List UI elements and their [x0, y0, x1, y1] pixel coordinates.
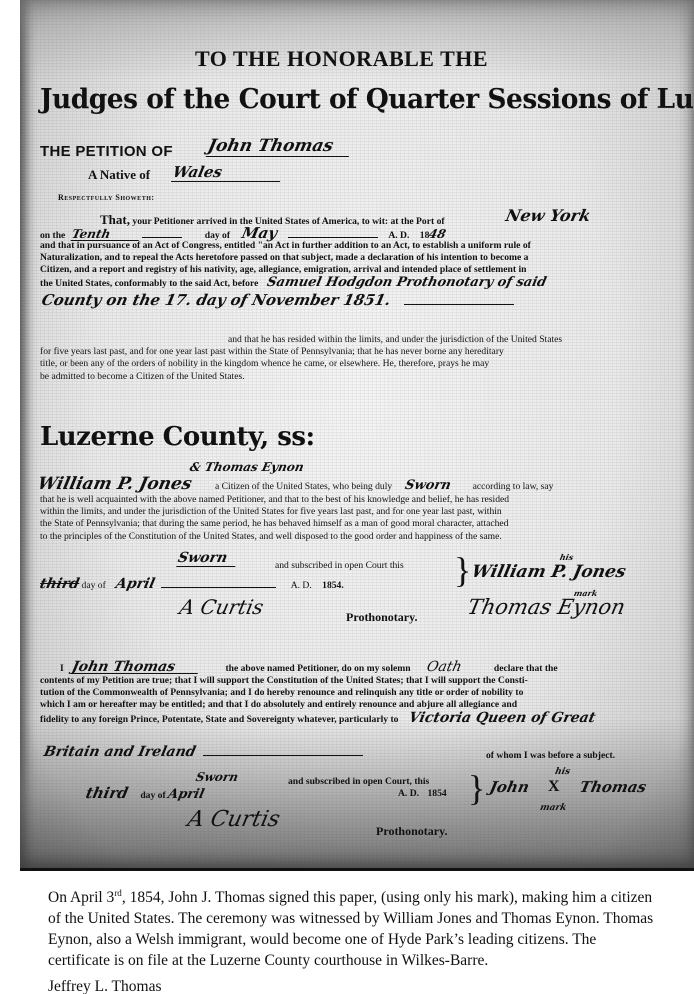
witness-paragraph: that he is well acquainted with the abov…: [40, 494, 690, 543]
witness1-his: his: [560, 552, 573, 562]
arrival-text1: your Petitioner arrived in the United St…: [132, 216, 444, 227]
petitioner-surname-signature: Thomas: [580, 778, 646, 797]
witness-sworn-handwritten: Sworn: [178, 550, 237, 567]
petitioner-signature: John: [490, 778, 529, 797]
county-heading: Luzerne County, ss:: [40, 422, 315, 452]
oath-line2: contents of my Petition are true; that I…: [40, 675, 690, 687]
author-name: Jeffrey L. Thomas: [48, 978, 162, 994]
clerk-signature-1: A Curtis: [180, 595, 263, 620]
oath-word-value: Oath: [426, 661, 463, 673]
sworn-value: Sworn: [403, 480, 451, 492]
witness-date-line: third day of April A. D. 1854.: [40, 578, 344, 592]
native-of-handwritten: Wales: [173, 163, 282, 182]
first-witness-value: William P. Jones: [36, 474, 194, 494]
witness-line1: a Citizen of the United States, who bein…: [215, 480, 553, 493]
witness-year-value: 1854.: [322, 580, 344, 591]
arrival-line4: Naturalization, and to repeal the Acts h…: [40, 252, 690, 264]
residence-line3: title, or been any of the orders of nobi…: [40, 358, 690, 370]
oath-sworn-value: Sworn: [195, 770, 240, 784]
caption-superscript: rd: [114, 888, 122, 898]
oath-paragraph: contents of my Petition are true; that I…: [40, 675, 690, 726]
declaration-date-value: County on the 17. day of November 1851.: [40, 291, 392, 309]
clerk-title-2: Prothonotary.: [376, 824, 447, 839]
sovereign-value: Victoria Queen of Great: [408, 712, 597, 724]
residence-line2: for five years last past, and for one ye…: [40, 346, 690, 358]
witness-line4: the State of Pennsylvania; that during t…: [40, 518, 690, 530]
brace: }: [468, 770, 485, 806]
second-witness-value: & Thomas Eynon: [189, 460, 306, 474]
clerk-signature-value: A Curtis: [177, 595, 265, 619]
witness2-signature-value: Thomas Eynon: [465, 595, 627, 619]
port-handwritten: New York: [506, 206, 590, 226]
brace: }: [454, 552, 471, 588]
sovereign2-value: Britain and Ireland: [42, 744, 197, 760]
scanned-naturalization-document: TO THE HONORABLE THE Judges of the Court…: [20, 0, 694, 871]
declaration-date-handwritten: County on the 17. day of November 1851.: [42, 291, 514, 310]
witness-subscribed: and subscribed in open Court this: [275, 560, 404, 572]
second-witness-handwritten: & Thomas Eynon: [190, 460, 304, 475]
petitioner-name: John Thomas: [206, 136, 353, 157]
witness-sworn-value: Sworn: [176, 550, 239, 567]
oath-line1: I John Thomas the above named Petitioner…: [60, 661, 558, 675]
clerk-title-1: Prothonotary.: [346, 610, 417, 625]
caption-paragraph: On April 3rd, 1854, John J. Thomas signe…: [48, 883, 658, 971]
residence-line4: be admitted to become a Citizen of the U…: [40, 371, 690, 383]
witness1-signature-value: William P. Jones: [470, 562, 628, 582]
witness-line2: that he is well acquainted with the abov…: [40, 494, 690, 506]
witness-line3: within the limits, and under the jurisdi…: [40, 506, 690, 518]
oath-line5: fidelity to any foreign Prince, Potentat…: [40, 712, 690, 726]
residence-paragraph: and that he has resided within the limit…: [40, 334, 690, 383]
respectfully-showeth: Respectfully Showeth:: [58, 193, 155, 202]
oath-month-value: April: [167, 789, 206, 801]
oath-year-value: 1854: [427, 788, 446, 799]
petitioner-mark-x: X: [548, 778, 560, 796]
document-title-line1: TO THE HONORABLE THE: [195, 46, 488, 72]
sovereign-continuation: Britain and Ireland: [44, 744, 363, 761]
petitioner-his: his: [555, 766, 570, 777]
that-word: That,: [100, 212, 130, 227]
witness-day-value: third: [39, 578, 81, 590]
oath-line3: tution of the Commonwealth of Pennsylvan…: [40, 687, 690, 699]
clerk-signature-2-value: A Curtis: [185, 807, 282, 832]
document-title-line2: Judges of the Court of Quarter Sessions …: [40, 84, 694, 115]
subject-text: of whom I was before a subject.: [486, 750, 615, 762]
native-of-value: Wales: [171, 163, 284, 182]
witness-line5: to the principles of the Constitution of…: [40, 531, 690, 543]
arrival-body: and that in pursuance of an Act of Congr…: [40, 240, 690, 290]
oath-sworn-handwritten: Sworn: [196, 770, 238, 785]
native-of-label: A Native of: [88, 167, 150, 183]
port-value: New York: [504, 206, 592, 225]
before-official-value: Samuel Hodgdon Prothonotary of said: [265, 277, 547, 289]
oath-day-value: third: [85, 787, 130, 799]
petition-label: THE PETITION OF: [40, 143, 173, 160]
oath-subscribed: and subscribed in open Court, this: [288, 776, 429, 788]
witness2-signature: Thomas Eynon: [468, 595, 625, 620]
residence-line1: and that he has resided within the limit…: [40, 334, 690, 346]
petitioner-name-handwritten: John Thomas: [208, 136, 351, 157]
clerk-signature-2: A Curtis: [188, 806, 280, 832]
arrival-line6: the United States, conformably to the sa…: [40, 277, 690, 290]
oath-date-line: third day of April: [86, 787, 204, 802]
arrival-line3: and that in pursuance of an Act of Congr…: [40, 240, 690, 252]
oath-name-value: John Thomas: [71, 661, 201, 674]
witness-month-value: April: [115, 578, 156, 590]
first-witness-handwritten: William P. Jones: [38, 474, 191, 494]
witness1-signature: William P. Jones: [472, 562, 625, 582]
oath-year-line: A. D. 1854: [398, 788, 447, 800]
petitioner-mark: mark: [540, 802, 566, 813]
arrival-month-value: May: [241, 227, 279, 239]
arrival-year-value: 48: [428, 228, 447, 240]
